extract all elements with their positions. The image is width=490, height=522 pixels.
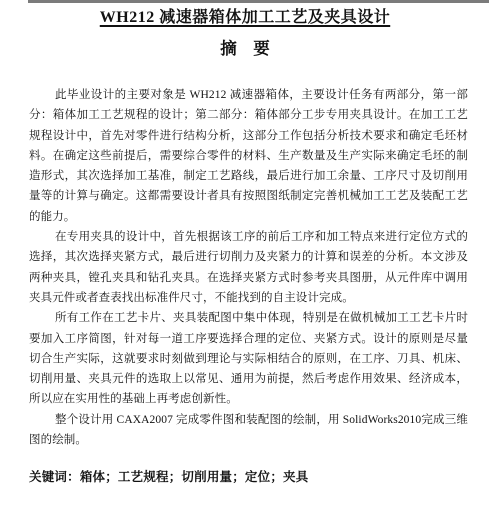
keywords-label: 关键词： <box>29 470 80 484</box>
document-title: WH212 减速器箱体加工工艺及夹具设计 <box>0 0 490 30</box>
abstract-paragraph-3: 所有工作在工艺卡片、夹具装配图中集中体现，特别是在做机械加工工艺卡片时要加入工序… <box>29 308 468 409</box>
abstract-paragraph-4: 整个设计用 CAXA2007 完成零件图和装配图的绘制，用 SolidWorks… <box>29 410 468 451</box>
page-top-border <box>28 0 489 3</box>
abstract-paragraph-1: 此毕业设计的主要对象是 WH212 减速器箱体，主要设计任务有两部分，第一部分：… <box>29 85 468 227</box>
document-page: WH212 减速器箱体加工工艺及夹具设计 摘 要 此毕业设计的主要对象是 WH2… <box>0 0 490 522</box>
abstract-body: 此毕业设计的主要对象是 WH212 减速器箱体，主要设计任务有两部分，第一部分：… <box>29 85 468 488</box>
abstract-heading: 摘 要 <box>0 37 490 61</box>
abstract-paragraph-2: 在专用夹具的设计中，首先根据该工序的前后工序和加工特点来进行定位方式的选择，其次… <box>29 227 468 308</box>
document-title-text: WH212 减速器箱体加工工艺及夹具设计 <box>100 9 390 26</box>
keywords-list: 箱体；工艺规程；切削用量；定位；夹具 <box>80 470 309 484</box>
keywords-line: 关键词：箱体；工艺规程；切削用量；定位；夹具 <box>29 467 468 487</box>
